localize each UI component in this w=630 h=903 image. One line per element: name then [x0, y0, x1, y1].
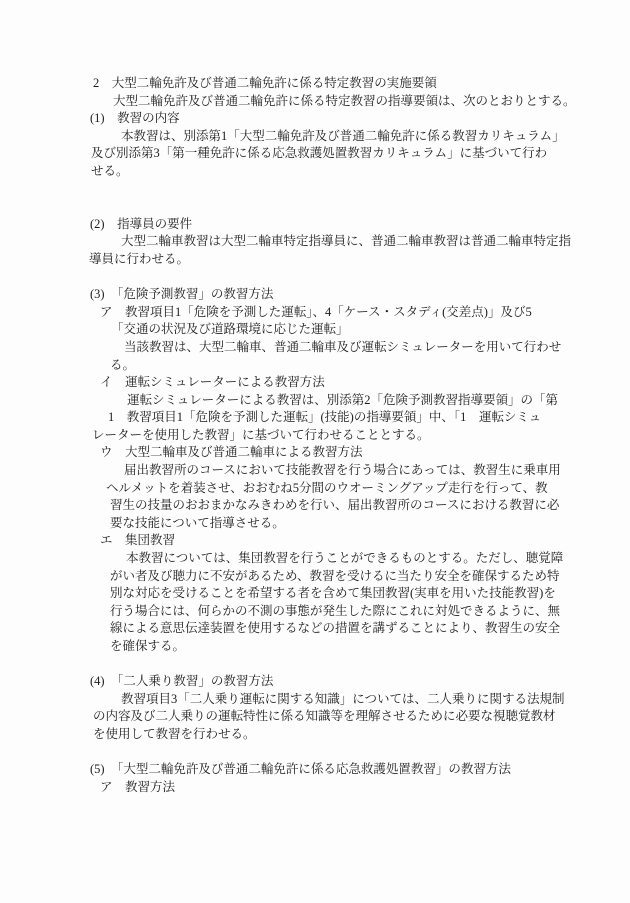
text-line: 大型二輪車教習は大型二輪車特定指導員に、普通二輪車教習は普通二輪車特定指	[0, 233, 630, 251]
text-line: の内容及び二人乗りの運転特性に係る知識等を理解させるために必要な視聴覚教材	[0, 708, 630, 726]
text-line: 習生の技量のおおまかなみきわめを行い、届出教習所のコースにおける教習に必	[0, 497, 630, 515]
text-line: 本教習については、集団教習を行うことができるものとする。ただし、聴覚障	[0, 550, 630, 568]
text-line: 及び別添第3「第一種免許に係る応急救護処置教習カリキュラム」に基づいて行わ	[0, 145, 630, 163]
item-2-title: (2) 指導員の要件	[0, 216, 630, 234]
sub-item-u: ウ 大型二輪車及び普通二輪車による教習方法	[0, 444, 630, 462]
text-line: 教習項目3「二人乗り運転に関する知識」については、二人乗りに関する法規制	[0, 691, 630, 709]
sub-item-i: イ 運転シミュレーターによる教習方法	[0, 374, 630, 392]
heading-line: 2 大型二輪免許及び普通二輪免許に係る特定教習の実施要領	[0, 75, 630, 93]
document-page: 2 大型二輪免許及び普通二輪免許に係る特定教習の実施要領 大型二輪免許及び普通二…	[0, 0, 630, 903]
text-line: 運転シミュレーターによる教習は、別添第2「危険予測教習指導要領」の「第	[0, 392, 630, 410]
text-line: 導員に行わせる。	[0, 251, 630, 269]
document-body: 2 大型二輪免許及び普通二輪免許に係る特定教習の実施要領 大型二輪免許及び普通二…	[0, 0, 630, 796]
sub-item-e: エ 集団教習	[0, 532, 630, 550]
section-item-4: (4) 「二人乗り教習」の教習方法 教習項目3「二人乗り運転に関する知識」につい…	[0, 673, 630, 743]
text-line: を確保する。	[0, 638, 630, 656]
text-line: 別な対応を受けることを希望する者を含めて集団教習(実車を用いた技能教習)を	[0, 585, 630, 603]
item-3-title: (3) 「危険予測教習」の教習方法	[0, 286, 630, 304]
item-1-title: (1) 教習の内容	[0, 110, 630, 128]
text-line: 届出教習所のコースにおいて技能教習を行う場合にあっては、教習生に乗車用	[0, 462, 630, 480]
text-line: せる。	[0, 163, 630, 181]
intro-line: 大型二輪免許及び普通二輪免許に係る特定教習の指導要領は、次のとおりとする。	[0, 93, 630, 111]
text-line: ヘルメットを着装させ、おおむね5分間のウオーミングアップ走行を行って、教	[0, 480, 630, 498]
text-line: 1 教習項目1「危険を予測した運転」(技能)の指導要領」中、「1 運転シミュ	[0, 409, 630, 427]
text-line: 要な技能について指導させる。	[0, 515, 630, 533]
text-line: る。	[0, 357, 630, 375]
text-line: 行う場合には、何らかの不測の事態が発生した際にこれに対処できるように、無	[0, 603, 630, 621]
section-item-3: (3) 「危険予測教習」の教習方法 ア 教習項目1「危険を予測した運転」、4「ケ…	[0, 286, 630, 655]
section-item-2: (2) 指導員の要件 大型二輪車教習は大型二輪車特定指導員に、普通二輪車教習は普…	[0, 216, 630, 269]
item-5-title: (5) 「大型二輪免許及び普通二輪免許に係る応急救護処置教習」の教習方法	[0, 761, 630, 779]
text-line: 本教習は、別添第1「大型二輪免許及び普通二輪免許に係る教習カリキュラム」	[0, 128, 630, 146]
text-line: 線による意思伝達装置を使用するなどの措置を講ずることにより、教習生の安全	[0, 620, 630, 638]
text-line: 「交通の状況及び道路環境に応じた運転」	[0, 321, 630, 339]
section-item-5: (5) 「大型二輪免許及び普通二輪免許に係る応急救護処置教習」の教習方法 ア 教…	[0, 761, 630, 796]
text-line: を使用して教習を行わせる。	[0, 726, 630, 744]
item-4-title: (4) 「二人乗り教習」の教習方法	[0, 673, 630, 691]
text-line: レーターを使用した教習」に基づいて行わせることとする。	[0, 427, 630, 445]
sub-item-a: ア 教習項目1「危険を予測した運転」、4「ケース・スタディ(交差点)」及び5	[0, 304, 630, 322]
text-line: 当該教習は、大型二輪車、普通二輪車及び運転シミュレーターを用いて行わせ	[0, 339, 630, 357]
section-item-1: (1) 教習の内容 本教習は、別添第1「大型二輪免許及び普通二輪免許に係る教習カ…	[0, 110, 630, 180]
sub-item-a: ア 教習方法	[0, 779, 630, 797]
section-heading: 2 大型二輪免許及び普通二輪免許に係る特定教習の実施要領 大型二輪免許及び普通二…	[0, 75, 630, 110]
text-line: がい者及び聴力に不安があるため、教習を受けるに当たり安全を確保するため特	[0, 568, 630, 586]
